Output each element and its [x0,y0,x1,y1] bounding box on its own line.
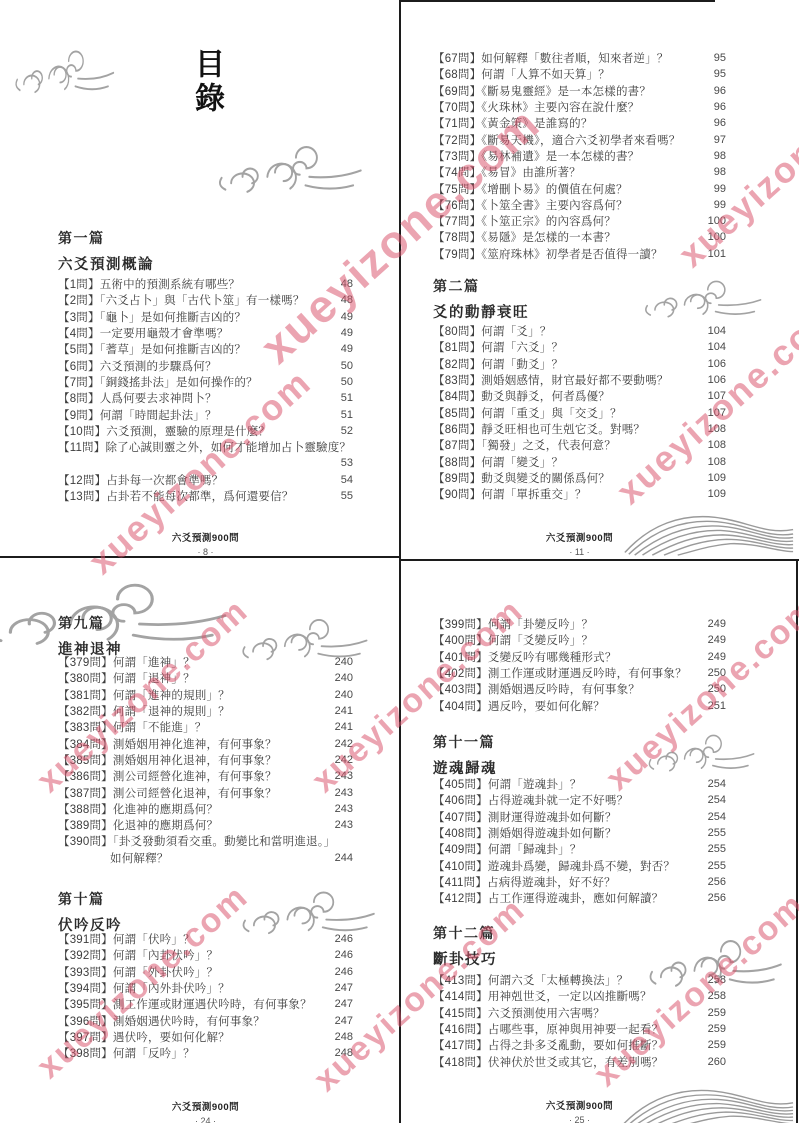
toc-item-question: 【384問】測婚姻用神化進神，有何事象？ [58,736,277,752]
toc-item-page: 258 [708,990,726,1002]
toc-item: 【415問】六爻預測使用六害嗎？259 [433,1005,726,1021]
toc-item-question: 【399問】何謂「卦變反吟」？ [433,616,593,632]
toc-item-question: 【73問】《易林補遺》是一本怎樣的書？ [433,148,639,164]
page-border-top-right [401,0,715,2]
toc-item: 【71問】《黃金策》是誰寫的？96 [433,115,726,131]
toc-page-11: 【67問】如何解釋「數往者順，知來者逆」？95【68問】何謂「人算不如天算」？9… [401,0,799,556]
toc-item-question: 【400問】何謂「爻變反吟」？ [433,632,593,648]
toc-item: 【3問】「龜卜」是如何推斷吉凶的？49 [58,309,353,325]
section-title: 爻的動靜衰旺 [433,301,529,322]
toc-item: 【73問】《易林補遺》是一本怎樣的書？98 [433,148,726,164]
toc-item-page: 98 [714,150,726,162]
toc-item-question: 【409問】何謂「歸魂卦」？ [433,841,582,857]
toc-item: 【5問】「蓍草」是如何推斷吉凶的？49 [58,341,353,357]
toc-item-page: 50 [341,376,353,388]
toc-item-question: 如何解釋？ [58,850,169,866]
toc-item-question: 【413問】何謂六爻「太極轉換法」？ [433,972,628,988]
toc-list: 【391問】何謂「伏吟」？246【392問】何謂「內卦伏吟」？246【393問】… [58,931,353,1061]
toc-item: 【418問】伏神伏於世爻或其它，有差別嗎？260 [433,1053,726,1069]
toc-item-page: 241 [335,705,353,717]
toc-item: 【396問】測婚姻遇伏吟時，有何事象？247 [58,1012,353,1028]
section-part-label: 第一篇 [58,228,154,248]
toc-item: 【395問】測工作運或財運遇伏吟時，有何事象？247 [58,996,353,1012]
cloud-ornament [641,268,773,320]
toc-item-page: 260 [708,1056,726,1068]
page-border-right [796,561,798,1123]
toc-item-question: 【90問】何謂「單拆重交」？ [433,486,587,502]
toc-item-question: 【5問】「蓍草」是如何推斷吉凶的？ [58,341,246,357]
cloud-ornament [214,130,376,196]
toc-item-page: 99 [714,199,726,211]
toc-item-page: 99 [714,183,726,195]
toc-item-question: 【68問】何謂「人算不如天算」？ [433,66,610,82]
toc-item: 【407問】測財運得遊魂卦如何斷？254 [433,809,726,825]
toc-item: 【87問】「獨發」之爻，代表何意？108 [433,437,726,453]
section-heading: 第十一篇 遊魂歸魂 [433,732,497,778]
toc-item: 【400問】何謂「爻變反吟」？249 [433,632,726,648]
toc-item-question: 【407問】測財運得遊魂卦如何斷？ [433,809,617,825]
toc-item: 【76問】《卜筮全書》主要內容爲何？99 [433,197,726,213]
toc-item-question: 【381問】何謂「進神的規則」？ [58,687,230,703]
toc-item: 【10問】六爻預測，靈驗的原理是什麼？52 [58,423,353,439]
toc-item: 【398問】何謂「反吟」？248 [58,1045,353,1061]
toc-item: 【408問】測婚姻得遊魂卦如何斷？255 [433,825,726,841]
toc-item: 53 [58,455,353,471]
toc-item-page: 240 [335,672,353,684]
toc-item: 【88問】何謂「變爻」？108 [433,453,726,469]
toc-item-question: 【394問】何謂「內外卦伏吟」？ [58,980,230,996]
toc-item-page: 256 [708,876,726,888]
toc-item-question: 【83問】測婚姻感情，財官最好都不要動嗎？ [433,372,669,388]
toc-item: 【404問】遇反吟，要如何化解？251 [433,697,726,713]
toc-item: 【388問】化進神的應期爲何？243 [58,801,353,817]
footer-page-number: · 25 · [433,1115,726,1123]
toc-item-page: 246 [335,933,353,945]
toc-item-page: 50 [341,360,353,372]
cloud-ornament [0,563,250,649]
toc-item-question: 【416問】占哪些事，原神與用神要一起看？ [433,1021,663,1037]
toc-item-question: 【404問】遇反吟，要如何化解？ [433,698,605,714]
toc-item: 【1問】五術中的預測系統有哪些？48 [58,276,353,292]
toc-item-question: 【412問】占工作運得遊魂卦，應如何解讀？ [433,890,663,906]
toc-item: 【411問】占病得遊魂卦，好不好？256 [433,874,726,890]
section-part-label: 第九篇 [58,613,122,633]
toc-item-question: 【398問】何謂「反吟」？ [58,1045,195,1061]
toc-item-question: 【89問】動爻與變爻的關係爲何？ [433,470,610,486]
toc-item-question: 【387問】測公司經營化退神，有何事象？ [58,785,277,801]
toc-item-page: 243 [335,787,353,799]
toc-item: 【403問】測婚姻遇反吟時，有何事象？250 [433,681,726,697]
section-heading: 第九篇 進神退神 [58,613,122,659]
toc-item: 【79問】《筮府珠林》初學者是否值得一讀？101 [433,246,726,262]
footer-book-title: 六爻預測900問 [58,530,353,544]
toc-item: 【410問】遊魂卦爲變，歸魂卦爲不變，對否？255 [433,857,726,873]
toc-item-page: 255 [708,827,726,839]
toc-item: 【4問】一定要用龜殼才會準嗎？49 [58,325,353,341]
toc-item-page: 54 [341,474,353,486]
toc-item: 【9問】何謂「時間起卦法」？51 [58,406,353,422]
toc-item-question: 【406問】占得遊魂卦就一定不好嗎？ [433,792,628,808]
toc-item: 【387問】測公司經營化退神，有何事象？243 [58,784,353,800]
section-heading: 第一篇 六爻預測概論 [58,228,154,274]
toc-item-page: 55 [341,490,353,502]
toc-item-question: 【69問】《斷易鬼靈經》是一本怎樣的書？ [433,83,651,99]
toc-item-question: 【396問】測婚姻遇伏吟時，有何事象？ [58,1013,265,1029]
toc-item-page: 96 [714,101,726,113]
toc-item: 【412問】占工作運得遊魂卦，應如何解讀？256 [433,890,726,906]
toc-item-question: 【74問】《易冒》由誰所著？ [433,164,581,180]
toc-item-question: 【401問】爻變反吟有哪幾種形式？ [433,649,617,665]
toc-item-page: 96 [714,85,726,97]
toc-item-question: 【390問】「卦爻發動須看交重。動變比和當明進退。」 [58,833,335,849]
toc-item-page: 249 [708,618,726,630]
toc-item: 【383問】何謂「不能進」？241 [58,719,353,735]
footer-page-number: · 11 · [433,547,726,557]
toc-item-page: 108 [708,423,726,435]
toc-item-page: 95 [714,68,726,80]
toc-item-question: 【12問】占卦每一次都會準嗎？ [58,472,223,488]
section-heading: 第二篇 爻的動靜衰旺 [433,276,529,322]
toc-item-question: 【75問】《增刪卜易》的價值在何處？ [433,181,628,197]
toc-item-page: 247 [335,998,353,1010]
toc-item-question: 【86問】靜爻旺相也可生剋它爻。對嗎？ [433,421,645,437]
cloud-ornament [238,877,388,937]
toc-item-question: 【77問】《卜筮正宗》的內容爲何？ [433,213,616,229]
page-footer: 六爻預測900問 · 11 · [433,530,726,557]
toc-item-page: 254 [708,794,726,806]
toc-item-page: 53 [341,457,353,469]
toc-item-page: 247 [335,1015,353,1027]
toc-item-page: 100 [708,231,726,243]
toc-item-page: 49 [341,343,353,355]
toc-item: 【85問】何謂「重爻」與「交爻」？107 [433,404,726,420]
toc-item-page: 244 [335,852,353,864]
toc-item-page: 250 [708,683,726,695]
toc-item-page: 256 [708,892,726,904]
toc-item: 【406問】占得遊魂卦就一定不好嗎？254 [433,792,726,808]
toc-item-page: 250 [708,667,726,679]
toc-item-question: 【67問】如何解釋「數往者順，知來者逆」？ [433,50,669,66]
toc-item-question: 【8問】人爲何要去求神問卜？ [58,390,217,406]
section-heading: 第十篇 伏吟反吟 [58,889,122,935]
toc-item: 【399問】何謂「卦變反吟」？249 [433,616,726,632]
section-title: 六爻預測概論 [58,253,154,274]
toc-item: 【380問】何謂「退神」？240 [58,670,353,686]
toc-item: 【74問】《易冒》由誰所著？98 [433,164,726,180]
toc-item-page: 48 [341,294,353,306]
toc-item: 【82問】何謂「動爻」？106 [433,356,726,372]
toc-item-page: 51 [341,392,353,404]
toc-item: 【389問】化退神的應期爲何？243 [58,817,353,833]
toc-item-question: 【388問】化進神的應期爲何？ [58,801,218,817]
toc-item-question: 【383問】何謂「不能進」？ [58,719,207,735]
toc-item-question: 【11問】除了心誠則靈之外，如何才能增加占卜靈驗度？ [58,439,351,455]
toc-item-page: 243 [335,803,353,815]
toc-item-question: 【393問】何謂「外卦伏吟」？ [58,964,218,980]
toc-item-page: 108 [708,456,726,468]
page-divider-horizontal-left [0,556,399,558]
toc-item-page: 108 [708,439,726,451]
toc-item: 【11問】除了心誠則靈之外，如何才能增加占卜靈驗度？ [58,439,353,455]
page-divider-vertical [399,0,401,1123]
footer-page-number: · 24 · [58,1116,353,1123]
toc-item-question: 【389問】化退神的應期爲何？ [58,817,218,833]
toc-item: 【386問】測公司經營化進神，有何事象？243 [58,768,353,784]
toc-item-page: 101 [708,248,726,260]
toc-item-page: 48 [341,278,353,290]
toc-list: 【413問】何謂六爻「太極轉換法」？258【414問】用神剋世爻，一定以凶推斷嗎… [433,972,726,1070]
toc-item-page: 51 [341,409,353,421]
toc-item-page: 249 [708,634,726,646]
toc-item: 【393問】何謂「外卦伏吟」？246 [58,964,353,980]
toc-item: 【13問】占卦若不能每次都準，爲何還要信？55 [58,488,353,504]
toc-item: 【381問】何謂「進神的規則」？240 [58,687,353,703]
toc-item: 【83問】測婚姻感情，財官最好都不要動嗎？106 [433,372,726,388]
cloud-ornament [12,36,124,96]
toc-page-25: 【399問】何謂「卦變反吟」？249【400問】何謂「爻變反吟」？249【401… [401,562,796,1123]
toc-item-page: 248 [335,1031,353,1043]
toc-item-question: 【382問】何謂「退神的規則」？ [58,703,230,719]
toc-item: 【68問】何謂「人算不如天算」？95 [433,66,726,82]
toc-item-page: 254 [708,811,726,823]
toc-item-page: 98 [714,166,726,178]
toc-item-question: 【405問】何謂「遊魂卦」？ [433,776,582,792]
toc-item-question: 【402問】測工作運或財運遇反吟時，有何事象？ [433,665,687,681]
toc-item: 【401問】爻變反吟有哪幾種形式？249 [433,649,726,665]
toc-item-question: 【6問】六爻預測的步驟爲何？ [58,358,217,374]
toc-item: 【80問】何謂「爻」？104 [433,323,726,339]
toc-item-question: 【78問】《易隱》是怎樣的一本書？ [433,229,616,245]
toc-item-question: 【411問】占病得遊魂卦，好不好？ [433,874,616,890]
toc-item-question: 【1問】五術中的預測系統有哪些？ [58,276,240,292]
toc-list: 【405問】何謂「遊魂卦」？254【406問】占得遊魂卦就一定不好嗎？254【4… [433,776,726,906]
toc-item-page: 258 [708,974,726,986]
toc-item: 【405問】何謂「遊魂卦」？254 [433,776,726,792]
toc-page-8: 目錄 第一篇 六爻預測概論 【1問】五術中的預測系統有哪些？48【2問】「六爻占… [0,0,399,556]
toc-item: 【397問】遇伏吟，要如何化解？248 [58,1029,353,1045]
toc-item: 【77問】《卜筮正宗》的內容爲何？100 [433,213,726,229]
toc-item-page: 109 [708,472,726,484]
toc-item: 【2問】「六爻占卜」與「古代卜筮」有一樣嗎？48 [58,292,353,308]
toc-item-question: 【417問】占得之卦多爻亂動，要如何推斷？ [433,1037,663,1053]
toc-item-page: 247 [335,982,353,994]
toc-item: 【7問】「銅錢搖卦法」是如何操作的？50 [58,374,353,390]
toc-item-question: 【415問】六爻預測使用六害嗎？ [433,1005,605,1021]
toc-item: 【409問】何謂「歸魂卦」？255 [433,841,726,857]
toc-item: 【69問】《斷易鬼靈經》是一本怎樣的書？96 [433,83,726,99]
toc-item-page: 246 [335,966,353,978]
section-title: 遊魂歸魂 [433,757,497,778]
toc-item-page: 249 [708,651,726,663]
toc-item-page: 246 [335,949,353,961]
toc-item-question: 【9問】何謂「時間起卦法」？ [58,407,217,423]
toc-item-question: 【70問】《火珠林》主要內容在說什麼？ [433,99,639,115]
toc-item: 【89問】動爻與變爻的關係爲何？109 [433,470,726,486]
toc-item-page: 104 [708,341,726,353]
toc-item: 【413問】何謂六爻「太極轉換法」？258 [433,972,726,988]
toc-item-question: 【414問】用神剋世爻，一定以凶推斷嗎？ [433,988,652,1004]
toc-item-page: 100 [708,215,726,227]
toc-item-question: 【72問】《斷易天機》，適合六爻初學者來看嗎？ [433,132,680,148]
toc-item: 【385問】測婚姻用神化退神，有何事象？242 [58,752,353,768]
toc-item: 【417問】占得之卦多爻亂動，要如何推斷？259 [433,1037,726,1053]
toc-item-page: 254 [708,778,726,790]
toc-item: 【391問】何謂「伏吟」？246 [58,931,353,947]
toc-item: 【70問】《火珠林》主要內容在說什麼？96 [433,99,726,115]
toc-item-page: 243 [335,770,353,782]
toc-item: 【81問】何謂「六爻」？104 [433,339,726,355]
footer-book-title: 六爻預測900問 [433,530,726,544]
toc-item-page: 251 [708,700,726,712]
toc-item-question: 【2問】「六爻占卜」與「古代卜筮」有一樣嗎？ [58,292,305,308]
section-part-label: 第十篇 [58,889,122,909]
toc-item-question: 【76問】《卜筮全書》主要內容爲何？ [433,197,628,213]
toc-item-page: 104 [708,325,726,337]
toc-item-question: 【82問】何謂「動爻」？ [433,356,563,372]
toc-item-page: 52 [341,425,353,437]
toc-item: 【6問】六爻預測的步驟爲何？50 [58,357,353,373]
toc-item-question: 【379問】何謂「進神」？ [58,654,195,670]
toc-item: 【402問】測工作運或財運遇反吟時，有何事象？250 [433,665,726,681]
toc-item-question: 【397問】遇伏吟，要如何化解？ [58,1029,230,1045]
toc-item: 【390問】「卦爻發動須看交重。動變比和當明進退。」 [58,833,353,849]
toc-item-question: 【87問】「獨發」之爻，代表何意？ [433,437,616,453]
page-divider-horizontal-right [399,559,799,561]
toc-item-question: 【385問】測婚姻用神化退神，有何事象？ [58,752,277,768]
toc-item-question: 【386問】測公司經營化進神，有何事象？ [58,768,277,784]
toc-item-page: 259 [708,1039,726,1051]
toc-item-question: 【391問】何謂「伏吟」？ [58,931,195,947]
toc-item-question: 【10問】六爻預測，靈驗的原理是什麼？ [58,423,270,439]
toc-item-question: 【408問】測婚姻得遊魂卦如何斷？ [433,825,617,841]
toc-item-page: 243 [335,819,353,831]
section-title: 斷卦技巧 [433,948,497,969]
toc-item: 【379問】何謂「進神」？240 [58,654,353,670]
toc-item-page: 96 [714,117,726,129]
toc-item: 如何解釋？244 [58,850,353,866]
toc-item-question: 【71問】《黃金策》是誰寫的？ [433,115,593,131]
toc-item-question: 【418問】伏神伏於世爻或其它，有差別嗎？ [433,1054,663,1070]
toc-item: 【8問】人爲何要去求神問卜？51 [58,390,353,406]
toc-item-question: 【84問】動爻與靜爻，何者爲優？ [433,388,610,404]
toc-item: 【394問】何謂「內外卦伏吟」？247 [58,980,353,996]
cloud-ornament [645,722,765,774]
toc-title: 目錄 [184,48,228,116]
toc-item-page: 255 [708,843,726,855]
toc-item-page: 255 [708,860,726,872]
toc-item: 【72問】《斷易天機》，適合六爻初學者來看嗎？97 [433,131,726,147]
toc-item: 【392問】何謂「內卦伏吟」？246 [58,947,353,963]
toc-item-page: 49 [341,311,353,323]
page-footer: 六爻預測900問 · 25 · [433,1098,726,1123]
toc-item: 【78問】《易隱》是怎樣的一本書？100 [433,229,726,245]
section-heading: 第十二篇 斷卦技巧 [433,923,497,969]
footer-book-title: 六爻預測900問 [58,1099,353,1113]
scanned-toc-spread: { "watermark": { "text": "xueyizone.com"… [0,0,799,1123]
toc-list: 【1問】五術中的預測系統有哪些？48【2問】「六爻占卜」與「古代卜筮」有一樣嗎？… [58,276,353,504]
toc-item: 【416問】占哪些事，原神與用神要一起看？259 [433,1021,726,1037]
toc-item-page: 248 [335,1047,353,1059]
toc-item-page: 109 [708,488,726,500]
toc-item: 【67問】如何解釋「數往者順，知來者逆」？95 [433,50,726,66]
toc-list: 【379問】何謂「進神」？240【380問】何謂「退神」？240【381問】何謂… [58,654,353,866]
toc-item: 【84問】動爻與靜爻，何者爲優？107 [433,388,726,404]
toc-item-page: 107 [708,390,726,402]
toc-item: 【414問】用神剋世爻，一定以凶推斷嗎？258 [433,988,726,1004]
toc-item: 【384問】測婚姻用神化進神，有何事象？242 [58,735,353,751]
toc-item-question: 【80問】何謂「爻」？ [433,323,552,339]
toc-item-question: 【85問】何謂「重爻」與「交爻」？ [433,405,622,421]
page-footer: 六爻預測900問 · 24 · [58,1099,353,1123]
toc-list: 【67問】如何解釋「數往者順，知來者逆」？95【68問】何謂「人算不如天算」？9… [433,50,726,262]
toc-item-question: 【88問】何謂「變爻」？ [433,454,563,470]
toc-item-page: 241 [335,721,353,733]
toc-item: 【12問】占卦每一次都會準嗎？54 [58,472,353,488]
toc-item-question: 【380問】何謂「退神」？ [58,670,195,686]
toc-item: 【75問】《增刪卜易》的價值在何處？99 [433,180,726,196]
toc-item-question: 【410問】遊魂卦爲變，歸魂卦爲不變，對否？ [433,858,675,874]
toc-item-page: 259 [708,1007,726,1019]
footer-book-title: 六爻預測900問 [433,1098,726,1112]
section-part-label: 第十一篇 [433,732,497,752]
toc-item-page: 242 [335,738,353,750]
toc-item-page: 107 [708,407,726,419]
toc-item-question: 【4問】一定要用龜殼才會準嗎？ [58,325,228,341]
toc-item: 【90問】何謂「單拆重交」？109 [433,486,726,502]
toc-item-page: 106 [708,374,726,386]
toc-item-page: 106 [708,358,726,370]
section-part-label: 第十二篇 [433,923,497,943]
toc-item-question: 【13問】占卦若不能每次都準，爲何還要信？ [58,488,294,504]
toc-item-page: 240 [335,656,353,668]
toc-item-question: 【403問】測婚姻遇反吟時，有何事象？ [433,681,640,697]
section-part-label: 第二篇 [433,276,529,296]
toc-item-question: 【7問】「銅錢搖卦法」是如何操作的？ [58,374,258,390]
toc-item-question: 【392問】何謂「內卦伏吟」？ [58,947,218,963]
toc-item: 【382問】何謂「退神的規則」？241 [58,703,353,719]
toc-list: 【399問】何謂「卦變反吟」？249【400問】何謂「爻變反吟」？249【401… [433,616,726,714]
toc-item-page: 242 [335,754,353,766]
toc-item-question: 【395問】測工作運或財運遇伏吟時，有何事象？ [58,996,312,1012]
toc-item-page: 49 [341,327,353,339]
toc-list: 【80問】何謂「爻」？104【81問】何謂「六爻」？104【82問】何謂「動爻」… [433,323,726,502]
page-footer: 六爻預測900問 · 8 · [58,530,353,557]
toc-item-page: 95 [714,52,726,64]
toc-item-question: 【3問】「龜卜」是如何推斷吉凶的？ [58,309,246,325]
toc-item-question: 【79問】《筮府珠林》初學者是否值得一讀？ [433,246,663,262]
toc-item-page: 97 [714,134,726,146]
toc-page-24: 第九篇 進神退神 【379問】何謂「進神」？240【380問】何謂「退神」？24… [0,559,399,1123]
toc-item-page: 259 [708,1023,726,1035]
toc-item-page: 240 [335,689,353,701]
toc-item-question: 【81問】何謂「六爻」？ [433,339,563,355]
toc-item: 【86問】靜爻旺相也可生剋它爻。對嗎？108 [433,421,726,437]
